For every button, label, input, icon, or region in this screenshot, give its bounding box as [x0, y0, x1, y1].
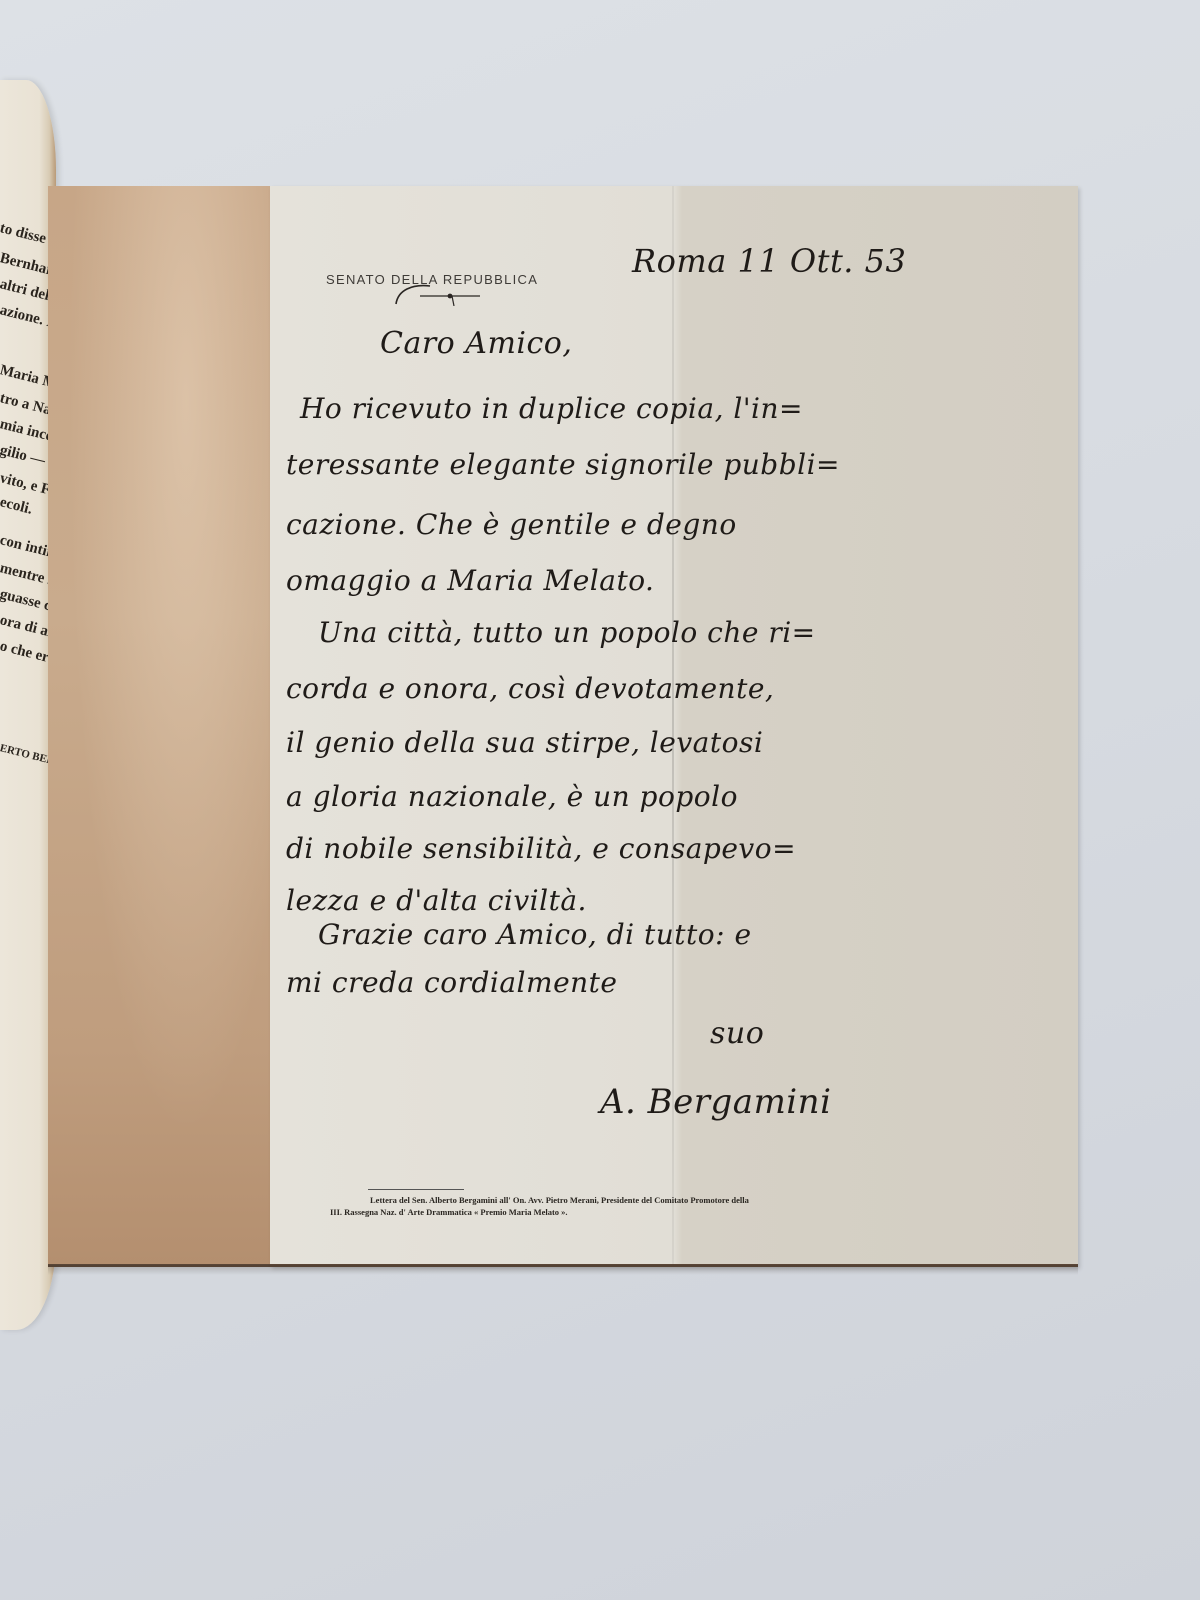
left-page-fragment: ecoli.: [0, 494, 34, 518]
body-line: il genio della sua stirpe, levatosi: [286, 726, 763, 759]
letter-sheet: SENATO DELLA REPUBBLICA Roma 11 Ott. 53 …: [270, 186, 1078, 1267]
signature: A. Bergamini: [600, 1082, 831, 1122]
caption-rule: [368, 1189, 464, 1190]
caption-line-2: III. Rassegna Naz. d' Arte Drammatica « …: [330, 1206, 1030, 1218]
body-line: teressante elegante signorile pubbli=: [286, 448, 840, 481]
left-page-fragment: to disse: [0, 220, 48, 248]
body-line: di nobile sensibilità, e consapevo=: [286, 832, 796, 865]
body-line: corda e onora, così devotamente,: [286, 672, 774, 705]
letter-date: Roma 11 Ott. 53: [632, 242, 906, 280]
brown-interleaf-page: [48, 186, 278, 1267]
page-shadow: [48, 1265, 1078, 1275]
body-line: lezza e d'alta civiltà.: [286, 884, 587, 917]
body-line: cazione. Che è gentile e degno: [286, 508, 737, 541]
caption: Lettera del Sen. Alberto Bergamini all' …: [330, 1194, 1030, 1218]
salutation: Caro Amico,: [380, 326, 572, 361]
body-line: Ho ricevuto in duplice copia, l'in=: [300, 392, 803, 425]
left-page-fragment: altri del: [0, 276, 51, 305]
body-line: Una città, tutto un popolo che ri=: [318, 616, 816, 649]
photo-scene: to disse Bernhardt altri del azione. E M…: [0, 0, 1200, 1600]
body-line: a gloria nazionale, è un popolo: [286, 780, 738, 813]
caption-line-1: Lettera del Sen. Alberto Bergamini all' …: [330, 1194, 1030, 1206]
closing: suo: [710, 1016, 764, 1051]
body-line: Grazie caro Amico, di tutto: e: [318, 918, 752, 951]
body-line: omaggio a Maria Melato.: [286, 564, 654, 597]
letterhead-flourish-icon: [390, 282, 482, 306]
body-line: mi creda cordialmente: [286, 966, 618, 999]
